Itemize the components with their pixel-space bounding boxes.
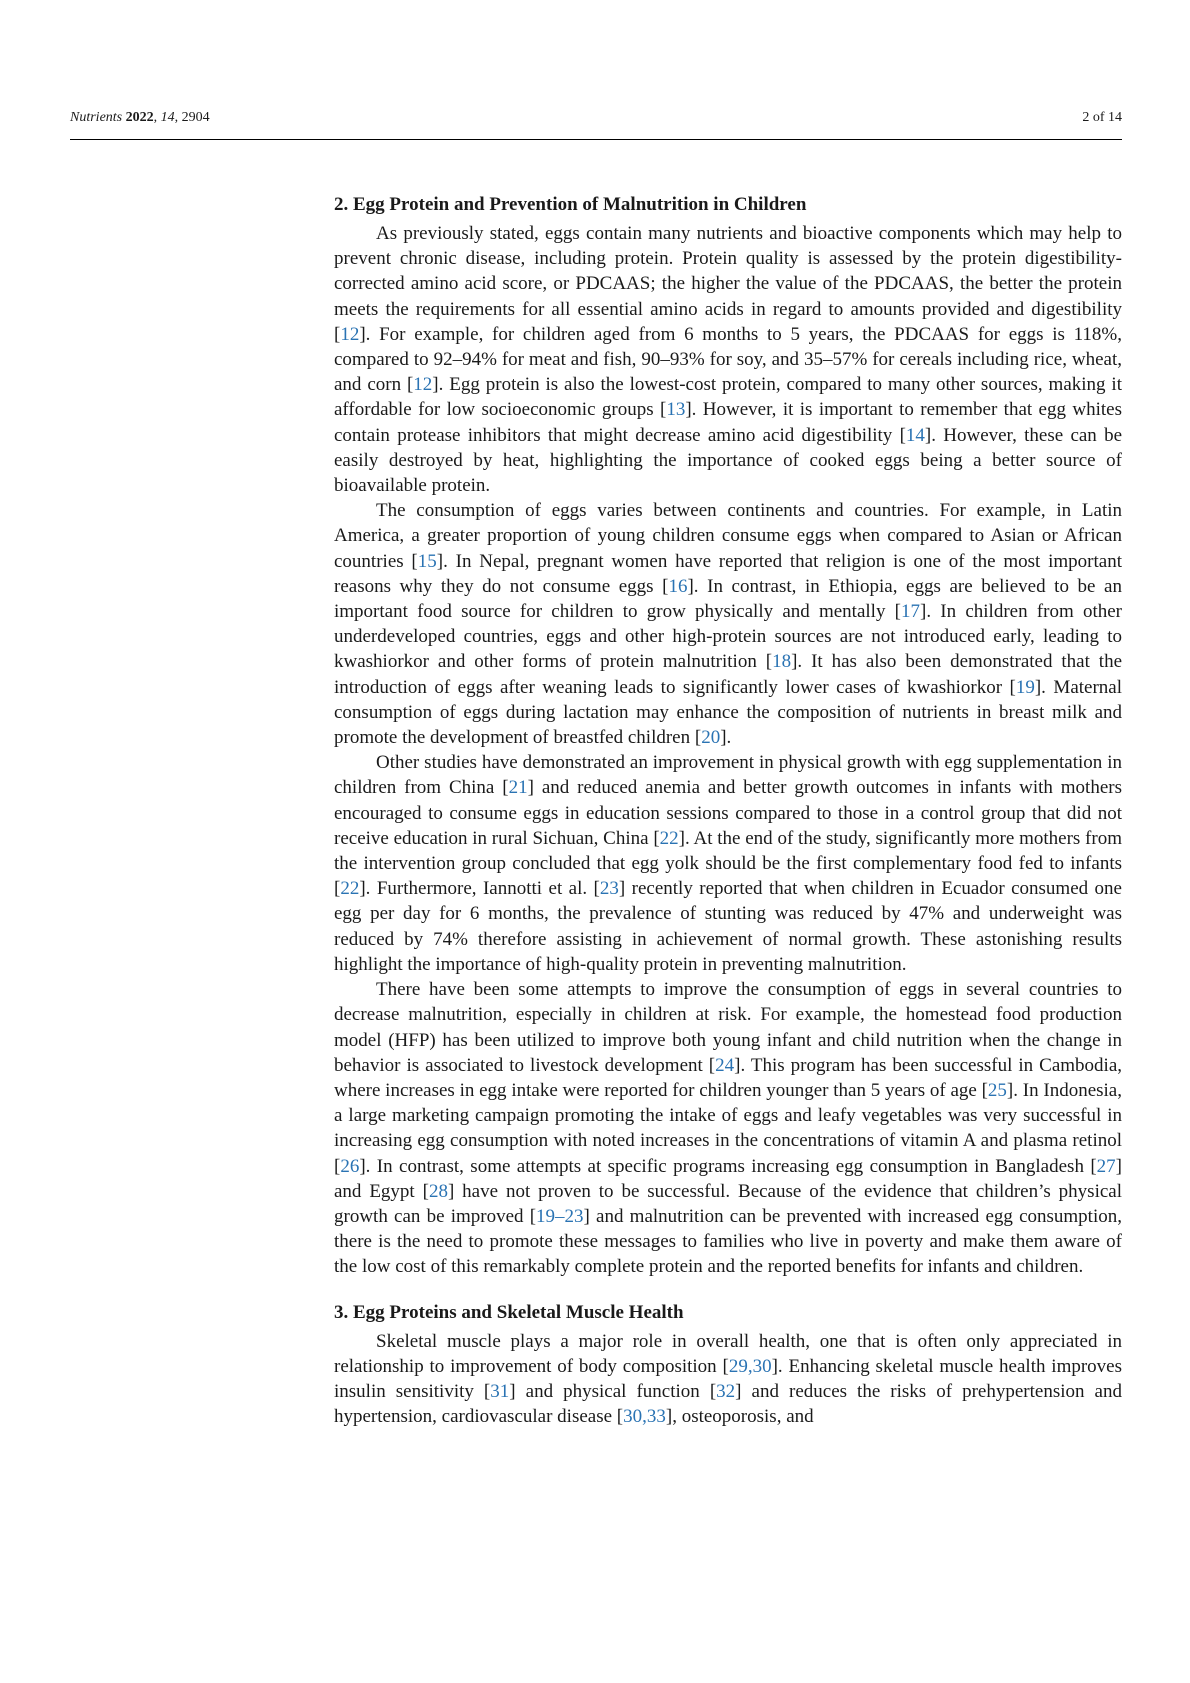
- citation-link[interactable]: 14: [906, 425, 925, 446]
- article-number: 2904: [182, 110, 210, 125]
- paragraph: There have been some attempts to improve…: [334, 977, 1122, 1279]
- header-rule: [70, 139, 1122, 140]
- citation-link[interactable]: 12: [413, 374, 432, 395]
- citation-link[interactable]: 18: [772, 651, 791, 672]
- citation-link[interactable]: 13: [666, 399, 685, 420]
- citation-link[interactable]: 29,30: [729, 1356, 772, 1377]
- citation-link[interactable]: 20: [701, 727, 720, 748]
- journal-year: 2022: [126, 110, 154, 125]
- paragraph: The consumption of eggs varies between c…: [334, 498, 1122, 750]
- citation-link[interactable]: 21: [509, 777, 528, 798]
- citation-link[interactable]: 26: [340, 1156, 359, 1177]
- paragraph: Skeletal muscle plays a major role in ov…: [334, 1329, 1122, 1430]
- section-3-heading: 3. Egg Proteins and Skeletal Muscle Heal…: [334, 1300, 1122, 1325]
- page-number: 2 of 14: [1082, 110, 1122, 126]
- citation-link[interactable]: 25: [988, 1080, 1007, 1101]
- citation-link[interactable]: 23: [600, 878, 619, 899]
- citation-link[interactable]: 31: [490, 1381, 509, 1402]
- citation-link[interactable]: 28: [429, 1181, 448, 1202]
- citation-link[interactable]: 22: [660, 828, 679, 849]
- citation-link[interactable]: 19–23: [536, 1206, 584, 1227]
- citation-link[interactable]: 19: [1016, 677, 1035, 698]
- article-body: 2. Egg Protein and Prevention of Malnutr…: [334, 192, 1122, 1429]
- running-header: Nutrients 2022, 14, 2904 2 of 14: [70, 110, 1122, 132]
- citation-link[interactable]: 22: [340, 878, 359, 899]
- paragraph: As previously stated, eggs contain many …: [334, 221, 1122, 498]
- journal-volume: 14: [161, 110, 175, 125]
- citation-link[interactable]: 32: [716, 1381, 735, 1402]
- citation-link[interactable]: 16: [668, 576, 687, 597]
- citation-link[interactable]: 30,33: [623, 1406, 666, 1427]
- paragraph: Other studies have demonstrated an impro…: [334, 750, 1122, 977]
- citation-link[interactable]: 15: [418, 551, 437, 572]
- journal-citation: Nutrients 2022, 14, 2904: [70, 110, 210, 126]
- section-2-heading: 2. Egg Protein and Prevention of Malnutr…: [334, 192, 1122, 217]
- citation-link[interactable]: 24: [715, 1055, 734, 1076]
- citation-link[interactable]: 27: [1097, 1156, 1116, 1177]
- journal-name: Nutrients: [70, 110, 122, 125]
- citation-link[interactable]: 17: [901, 601, 920, 622]
- citation-link[interactable]: 12: [340, 324, 359, 345]
